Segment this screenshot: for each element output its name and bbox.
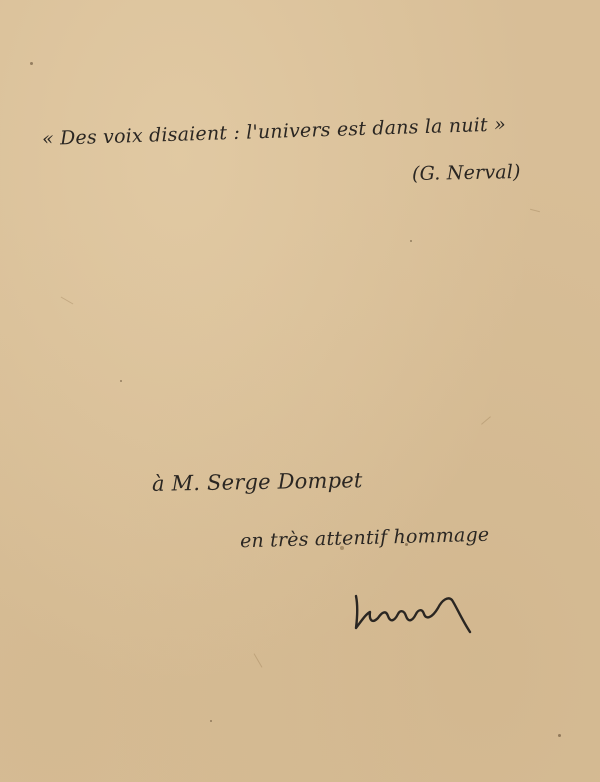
- paper-speck: [120, 380, 122, 382]
- paper-speck: [210, 720, 212, 722]
- signature: [352, 592, 482, 637]
- dedication-recipient: à M. Serge Dompet: [152, 468, 363, 496]
- paper-fiber: [61, 297, 74, 305]
- paper-fiber: [530, 209, 540, 213]
- paper-speck: [410, 240, 412, 242]
- paper-fiber: [254, 653, 263, 667]
- epigraph-attribution: (G. Nerval): [412, 161, 521, 185]
- paper-background: [0, 0, 600, 782]
- paper-fiber: [481, 416, 491, 424]
- paper-speck: [30, 62, 33, 65]
- paper-speck: [558, 734, 561, 737]
